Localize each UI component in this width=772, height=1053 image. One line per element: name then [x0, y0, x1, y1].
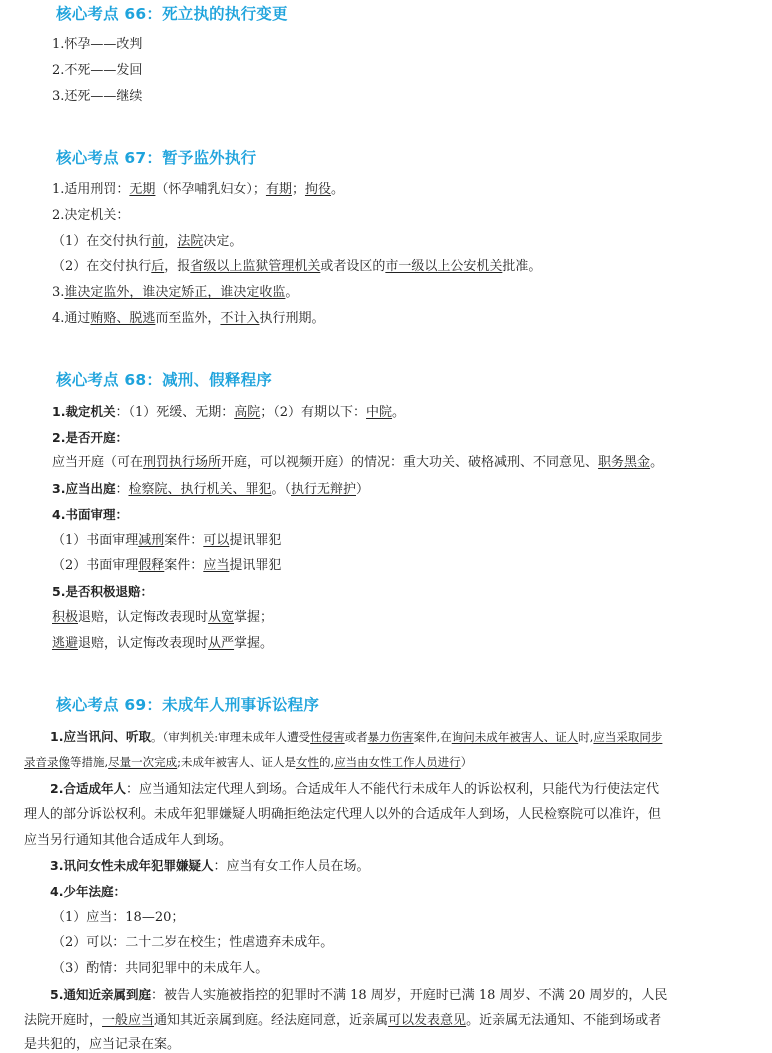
paragraph: 2.是否开庭：: [52, 429, 128, 448]
paragraph: 3.讯问女性未成年犯罪嫌疑人：应当有女工作人员在场。: [50, 857, 369, 876]
paragraph: 5.是否积极退赔：: [52, 583, 153, 602]
list-item: 1.怀孕——改判: [52, 36, 142, 54]
paragraph: 3.应当出庭：检察院、执行机关、罪犯。（执行无辩护）: [52, 480, 369, 499]
paragraph: 1.应当讯问、听取。（审判机关:审理未成年人遭受性侵害或者暴力伤害案件,在询问未…: [50, 728, 662, 747]
paragraph: 5.通知近亲属到庭：被告人实施被指控的犯罪时不满 18 周岁，开庭时已满 18 …: [50, 986, 667, 1005]
paragraph: 录音录像等措施,尽量一次完成;未成年被害人、证人是女性的,应当由女性工作人员进行…: [24, 753, 472, 771]
paragraph: 理人的部分诉讼权利。未成年犯罪嫌疑人明确拒绝法定代理人以外的合适成年人到场，人民…: [24, 806, 661, 824]
paragraph: 3.谁决定监外，谁决定矫正，谁决定收监。: [52, 284, 298, 302]
paragraph: 是共犯的，应当记录在案。: [24, 1036, 180, 1053]
section-title-69: 核心考点 69：未成年人刑事诉讼程序: [56, 693, 319, 715]
paragraph: 法院开庭时，一般应当通知其近亲属到庭。经法庭同意，近亲属可以发表意见。近亲属无法…: [24, 1012, 661, 1030]
list-item: （3）酌情：共同犯罪中的未成年人。: [52, 960, 268, 978]
paragraph: （2）书面审理假释案件：应当提讯罪犯: [52, 557, 281, 575]
paragraph: 2.决定机关：: [52, 207, 129, 225]
paragraph: 2.合适成年人：应当通知法定代理人到场。合适成年人不能代行未成年人的诉讼权利，只…: [50, 780, 659, 799]
paragraph: 应当另行通知其他合适成年人到场。: [24, 832, 232, 850]
paragraph: （1）在交付执行前，法院决定。: [52, 233, 242, 251]
section-title-66: 核心考点 66：死立执的执行变更: [56, 2, 288, 24]
paragraph: （1）书面审理减刑案件：可以提讯罪犯: [52, 532, 281, 550]
paragraph: 1.裁定机关：（1）死缓、无期：高院；（2）有期以下：中院。: [52, 403, 405, 422]
paragraph: 4.少年法庭：: [50, 883, 126, 902]
section-title-67: 核心考点 67：暂予监外执行: [56, 146, 256, 168]
paragraph: 4.书面审理：: [52, 506, 128, 525]
paragraph: 1.适用刑罚：无期（怀孕哺乳妇女）；有期；拘役。: [52, 181, 344, 199]
paragraph: （2）在交付执行后，报省级以上监狱管理机关或者设区的市一级以上公安机关批准。: [52, 258, 541, 276]
paragraph: 应当开庭（可在刑罚执行场所开庭，可以视频开庭）的情况：重大功关、破格减刑、不同意…: [52, 454, 663, 472]
list-item: 2.不死——发回: [52, 62, 142, 80]
paragraph: 逃避退赔，认定悔改表现时从严掌握。: [52, 635, 273, 653]
paragraph: 积极退赔，认定悔改表现时从宽掌握；: [52, 609, 273, 627]
list-item: （1）应当：18—20；: [52, 909, 184, 927]
paragraph: 4.通过贿赂、脱逃而至监外，不计入执行刑期。: [52, 310, 324, 328]
list-item: 3.还死——继续: [52, 88, 142, 106]
list-item: （2）可以：二十二岁在校生；性虐遗弃未成年。: [52, 934, 333, 952]
section-title-68: 核心考点 68：减刑、假释程序: [56, 368, 272, 390]
